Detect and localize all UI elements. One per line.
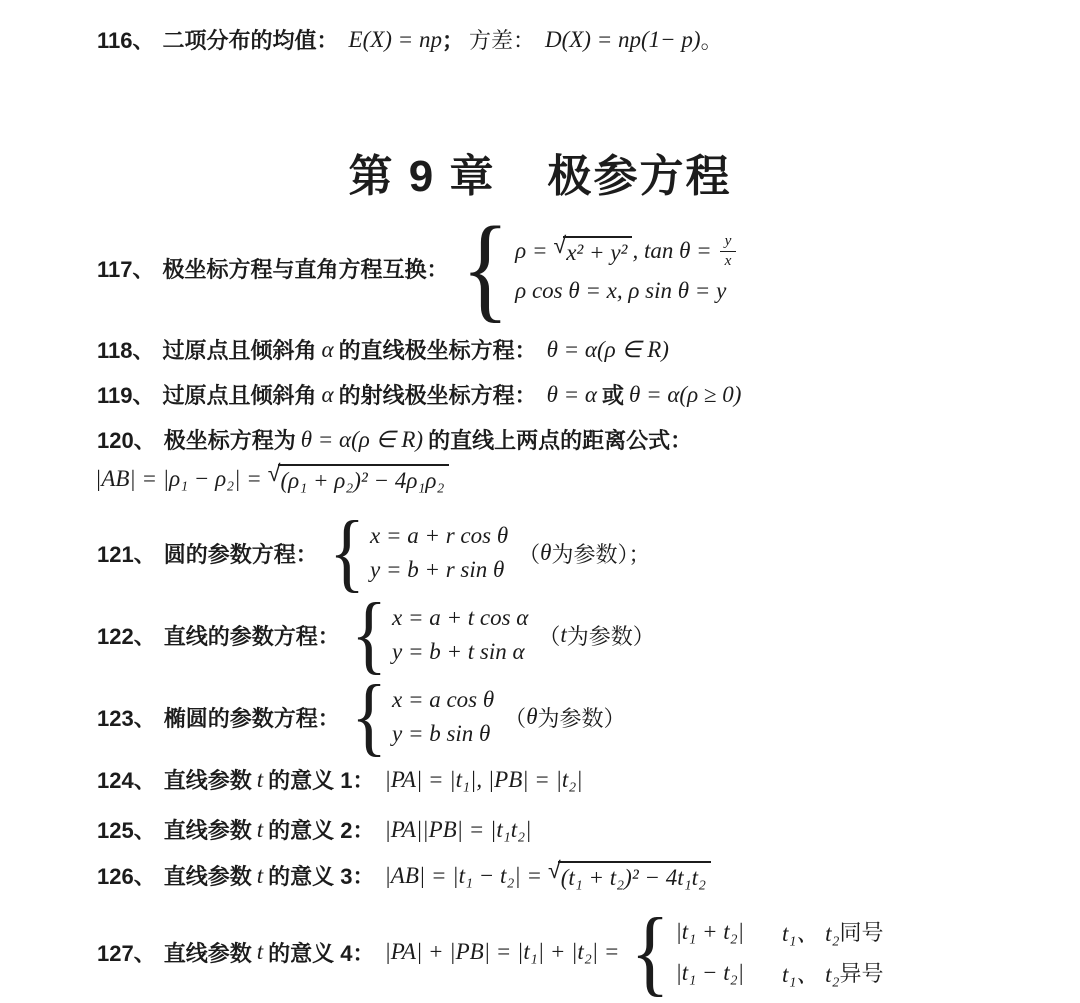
case-line-1: ρ = √ x² + y² , tan θ = y x xyxy=(515,232,736,269)
case-line-2: ρ cos θ = x, ρ sin θ = y xyxy=(515,278,736,304)
item-label2: 的意义 1： xyxy=(268,764,374,795)
math-t: t xyxy=(257,767,263,793)
item-119: 119、 过原点且倾斜角 α 的射线极坐标方程： θ = α 或 θ = α(ρ… xyxy=(97,379,741,410)
item-117: 117、 极坐标方程与直角方程互换： { ρ = √ x² + y² , tan… xyxy=(97,222,736,314)
item-number: 120、 xyxy=(97,424,156,455)
param-note: 为参数）； xyxy=(551,538,650,569)
item-label: 椭圆的参数方程： xyxy=(164,702,340,733)
cases-block: x = a + t cos α y = b + t sin α xyxy=(392,605,528,665)
paren-open: （ xyxy=(518,538,540,569)
math-alpha: α xyxy=(322,382,334,408)
paren-open: （ xyxy=(504,702,526,733)
left-brace: { xyxy=(329,509,365,597)
case-x: x = a + r cos θ xyxy=(370,523,508,549)
item-number: 123、 xyxy=(97,702,156,733)
item-number: 116、 xyxy=(97,24,155,55)
math-alpha: α xyxy=(322,337,334,363)
left-brace: { xyxy=(631,904,670,1000)
separator: ； xyxy=(442,24,464,55)
math-formula-pre: |AB| = |t₁ − t₂| = xyxy=(384,863,541,889)
case-x: x = a cos θ xyxy=(392,687,494,713)
param-note: 为参数） xyxy=(538,702,626,733)
chapter-number: 第 9 章 xyxy=(349,140,496,204)
item-label2: 的意义 4： xyxy=(268,937,374,968)
item-label2: 的直线上两点的距离公式： xyxy=(428,424,692,455)
variance-label: 方差： xyxy=(469,24,535,55)
cases-block: x = a + r cos θ y = b + r sin θ xyxy=(370,523,508,583)
period: 。 xyxy=(701,24,723,55)
item-label: 直线参数 xyxy=(164,937,252,968)
math-line-equation: θ = α(ρ ∈ R) xyxy=(547,337,669,363)
cases-block: ρ = √ x² + y² , tan θ = y x ρ cos θ = x,… xyxy=(515,232,736,303)
left-brace: { xyxy=(461,209,509,327)
math-condition-2: t₁、 t₂ xyxy=(782,956,840,989)
math-formula-pre: |PA| + |PB| = |t₁| + |t₂| = xyxy=(384,939,619,965)
item-label: 直线的参数方程： xyxy=(164,620,340,651)
math-ray-equation-2: θ = α(ρ ≥ 0) xyxy=(629,382,741,408)
param-var: θ xyxy=(540,540,551,566)
item-label: 极坐标方程为 xyxy=(164,424,296,455)
param-var: θ xyxy=(526,704,537,730)
math-ray-equation-1: θ = α xyxy=(547,382,597,408)
param-note: 为参数） xyxy=(567,620,655,651)
math-value-1: |t₁ + t₂| xyxy=(675,919,743,945)
document-page: 116、 二项分布的均值： E(X) = np ； 方差： D(X) = np(… xyxy=(0,0,1080,1003)
case-x: x = a + t cos α xyxy=(392,605,528,631)
or-label: 或 xyxy=(602,379,624,410)
item-127: 127、 直线参数 t 的意义 4： |PA| + |PB| = |t₁| + … xyxy=(97,912,883,992)
item-number: 124、 xyxy=(97,764,156,795)
math-tan-theta: , tan θ = xyxy=(632,238,711,264)
item-label2: 的意义 3： xyxy=(268,860,374,891)
math-formula: |PA| = |t₁|, |PB| = |t₂| xyxy=(384,767,582,793)
sqrt-expression: √ (t₁ + t₂)² − 4t₁t₂ xyxy=(548,861,711,891)
item-number: 121、 xyxy=(97,538,156,569)
item-number: 119、 xyxy=(97,379,155,410)
item-116: 116、 二项分布的均值： E(X) = np ； 方差： D(X) = np(… xyxy=(97,24,723,55)
fraction-y-over-x: y x xyxy=(720,232,737,269)
sqrt-expression: √ (ρ₁ + ρ₂)² − 4ρ₁ρ₂ xyxy=(268,464,450,494)
item-number: 127、 xyxy=(97,937,156,968)
left-brace: { xyxy=(351,591,387,679)
math-variance-formula: D(X) = np(1− p) xyxy=(545,27,701,53)
item-120: 120、 极坐标方程为 θ = α(ρ ∈ R) 的直线上两点的距离公式： xyxy=(97,424,692,455)
chapter-title: 极参方程 xyxy=(547,140,731,204)
item-label: 过原点且倾斜角 xyxy=(163,334,317,365)
item-number: 122、 xyxy=(97,620,156,651)
math-mean-formula: E(X) = np xyxy=(349,27,442,53)
math-cos-sin: ρ cos θ = x, ρ sin θ = y xyxy=(515,278,726,304)
item-label: 极坐标方程与直角方程互换： xyxy=(163,253,449,284)
piecewise-block: |t₁ + t₂| t₁、 t₂ 同号 |t₁ − t₂| t₁、 t₂ 异号 xyxy=(675,915,883,989)
math-t: t xyxy=(257,817,263,843)
case-y: y = b + r sin θ xyxy=(370,557,508,583)
case-y: y = b sin θ xyxy=(392,721,494,747)
item-label: 过原点且倾斜角 xyxy=(163,379,317,410)
math-t: t xyxy=(257,939,263,965)
item-number: 125、 xyxy=(97,814,156,845)
radicand: (t₁ + t₂)² − 4t₁t₂ xyxy=(558,861,711,891)
left-brace: { xyxy=(351,673,387,761)
item-126: 126、 直线参数 t 的意义 3： |AB| = |t₁ − t₂| = √ … xyxy=(97,860,711,891)
radicand: (ρ₁ + ρ₂)² − 4ρ₁ρ₂ xyxy=(278,464,450,494)
radicand: x² + y² xyxy=(563,236,632,266)
math-formula: |PA||PB| = |t₁t₂| xyxy=(384,817,531,843)
item-label: 直线参数 xyxy=(164,814,252,845)
item-118: 118、 过原点且倾斜角 α 的直线极坐标方程： θ = α(ρ ∈ R) xyxy=(97,334,669,365)
item-label2: 的射线极坐标方程： xyxy=(339,379,537,410)
condition-text-1: 同号 xyxy=(839,916,883,947)
piecewise-row-2: |t₁ − t₂| t₁、 t₂ 异号 xyxy=(675,956,883,989)
math-rho-equals: ρ = xyxy=(515,238,547,264)
math-condition-1: t₁、 t₂ xyxy=(782,915,840,948)
sqrt-expression: √ x² + y² xyxy=(553,236,632,266)
item-number: 117、 xyxy=(97,253,155,284)
item-label: 直线参数 xyxy=(164,764,252,795)
item-label: 圆的参数方程： xyxy=(164,538,318,569)
item-label: 直线参数 xyxy=(164,860,252,891)
math-t: t xyxy=(257,863,263,889)
item-label: 二项分布的均值： xyxy=(163,24,339,55)
item-124: 124、 直线参数 t 的意义 1： |PA| = |t₁|, |PB| = |… xyxy=(97,764,583,795)
paren-open: （ xyxy=(538,620,560,651)
fraction-denominator: x xyxy=(720,251,737,270)
item-number: 126、 xyxy=(97,860,156,891)
chapter-heading: 第 9 章 极参方程 xyxy=(0,140,1080,204)
item-125: 125、 直线参数 t 的意义 2： |PA||PB| = |t₁t₂| xyxy=(97,814,531,845)
piecewise-row-1: |t₁ + t₂| t₁、 t₂ 同号 xyxy=(675,915,883,948)
item-123: 123、 椭圆的参数方程： { x = a cos θ y = b sin θ … xyxy=(97,684,626,750)
item-label2: 的直线极坐标方程： xyxy=(339,334,537,365)
math-distance-pre: |AB| = |ρ₁ − ρ₂| = xyxy=(95,466,262,492)
case-y: y = b + t sin α xyxy=(392,639,528,665)
math-theta-alpha: θ = α(ρ ∈ R) xyxy=(301,427,423,453)
math-value-2: |t₁ − t₂| xyxy=(675,960,743,986)
item-120-formula: |AB| = |ρ₁ − ρ₂| = √ (ρ₁ + ρ₂)² − 4ρ₁ρ₂ xyxy=(95,464,449,494)
condition-text-2: 异号 xyxy=(839,957,883,988)
item-number: 118、 xyxy=(97,334,155,365)
item-121: 121、 圆的参数方程： { x = a + r cos θ y = b + r… xyxy=(97,520,651,586)
fraction-numerator: y xyxy=(725,232,732,250)
cases-block: x = a cos θ y = b sin θ xyxy=(392,687,494,747)
item-122: 122、 直线的参数方程： { x = a + t cos α y = b + … xyxy=(97,602,655,668)
item-label2: 的意义 2： xyxy=(268,814,374,845)
